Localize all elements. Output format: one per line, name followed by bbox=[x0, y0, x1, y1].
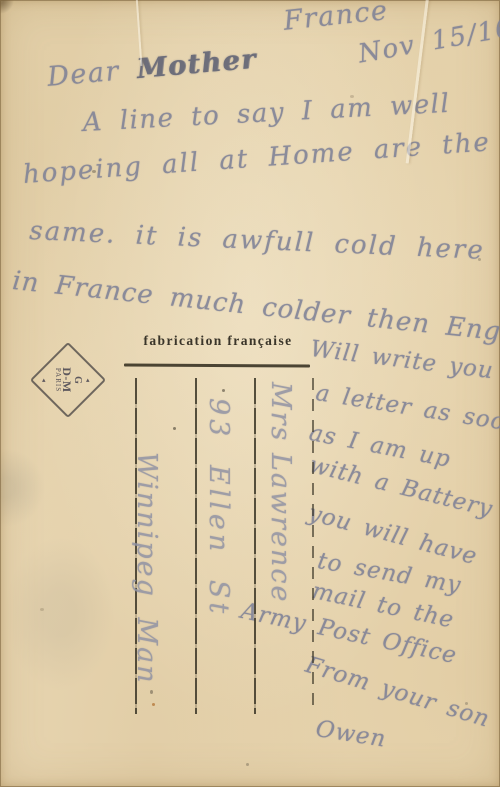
paper-speck bbox=[173, 427, 176, 430]
address-name-vertical: Mrs Lawrence bbox=[265, 382, 296, 604]
stamp-letters-dm: D-M bbox=[61, 367, 72, 393]
address-line-rule bbox=[312, 378, 314, 714]
signature-name: Owen bbox=[314, 716, 388, 753]
address-city-vertical: Winnipeg Man bbox=[131, 452, 162, 685]
message-line: A line to say I am well bbox=[82, 89, 451, 138]
paper-speck bbox=[150, 690, 153, 694]
paper-speck bbox=[350, 95, 354, 98]
paper-speck bbox=[92, 170, 96, 173]
fabrication-label: fabrication française bbox=[124, 333, 312, 349]
stamp-triangle-icon: ▴ bbox=[42, 376, 46, 384]
postcard-back: France Nov 15/16 Dear Mother A line to s… bbox=[0, 0, 500, 787]
paper-speck bbox=[152, 703, 155, 706]
salutation-mother: Mother bbox=[135, 44, 258, 85]
paper-speck bbox=[40, 608, 44, 611]
maker-stamp: ▴ G D-M PARIS ▴ bbox=[30, 342, 106, 418]
stamp-word-paris: PARIS bbox=[54, 367, 61, 393]
message-line: same. it is awfull cold here bbox=[29, 216, 486, 266]
paper-speck bbox=[478, 258, 481, 261]
stamp-text: G D-M PARIS bbox=[54, 367, 82, 393]
paper-speck bbox=[246, 763, 249, 766]
stamp-triangle-icon: ▴ bbox=[86, 376, 90, 384]
address-line-rule bbox=[254, 378, 256, 714]
salutation-dear: Dear bbox=[46, 54, 138, 93]
location-text: France bbox=[282, 0, 390, 37]
paper-speck bbox=[465, 702, 468, 705]
address-panel-top-rule bbox=[124, 364, 310, 367]
salutation: Dear Mother bbox=[46, 44, 258, 93]
paper-speck bbox=[222, 389, 225, 392]
address-line-rule bbox=[195, 378, 197, 714]
address-street-vertical: 93 Ellen St bbox=[203, 398, 234, 617]
